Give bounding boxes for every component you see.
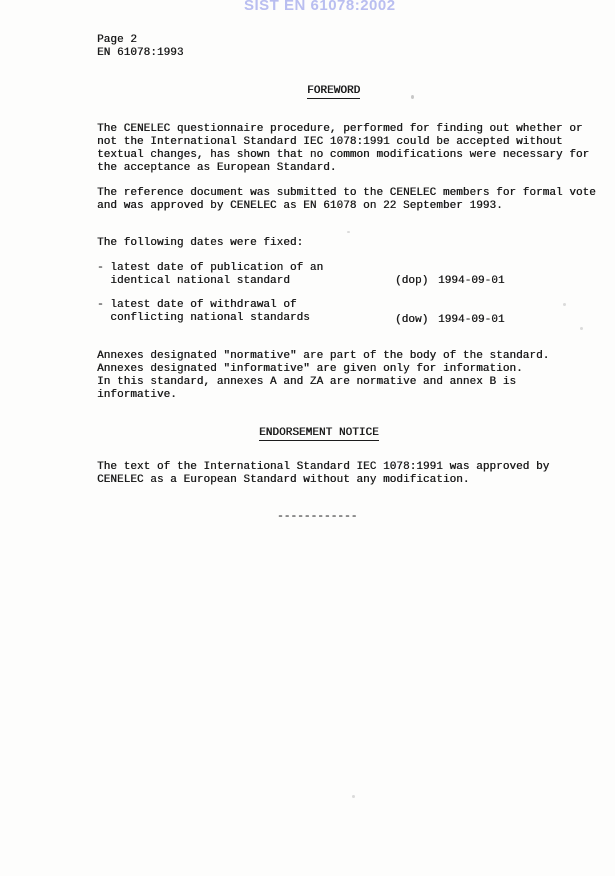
scan-speck <box>352 795 355 798</box>
endorsement-paragraph: The text of the International Standard I… <box>97 461 549 487</box>
dates-intro: The following dates were fixed: <box>97 237 303 250</box>
document-page: SIST EN 61078:2002 Page 2 EN 61078:1993 … <box>0 0 615 876</box>
foreword-paragraph-2: The reference document was submitted to … <box>97 187 596 213</box>
date-item-dop-label: - latest date of publication of an ident… <box>97 262 323 288</box>
annexes-paragraph: Annexes designated "normative" are part … <box>97 350 549 402</box>
date-item-dow-label: - latest date of withdrawal of conflicti… <box>97 299 310 325</box>
date-item-dop-value: 1994-09-01 <box>438 275 505 288</box>
foreword-heading-text: FOREWORD <box>307 85 360 99</box>
date-item-dop: - latest date of publication of an ident… <box>97 262 323 288</box>
foreword-paragraph-1: The CENELEC questionnaire procedure, per… <box>97 123 589 175</box>
date-item-dow-value: 1994-09-01 <box>438 314 505 327</box>
date-item-dow: - latest date of withdrawal of conflicti… <box>97 299 310 325</box>
scan-speck <box>563 303 566 306</box>
foreword-heading: FOREWORD <box>307 85 360 98</box>
standard-reference: EN 61078:1993 <box>97 47 183 60</box>
scan-speck <box>411 95 414 99</box>
scan-speck <box>347 231 350 233</box>
watermark-header: SIST EN 61078:2002 <box>244 0 396 13</box>
endorsement-heading: ENDORSEMENT NOTICE <box>259 427 379 440</box>
scan-speck <box>580 327 583 330</box>
page-number: Page 2 <box>97 34 137 47</box>
end-divider: ------------ <box>277 511 357 524</box>
endorsement-heading-text: ENDORSEMENT NOTICE <box>259 427 379 441</box>
date-item-dop-code: (dop) <box>395 275 428 288</box>
date-item-dow-code: (dow) <box>395 314 428 327</box>
